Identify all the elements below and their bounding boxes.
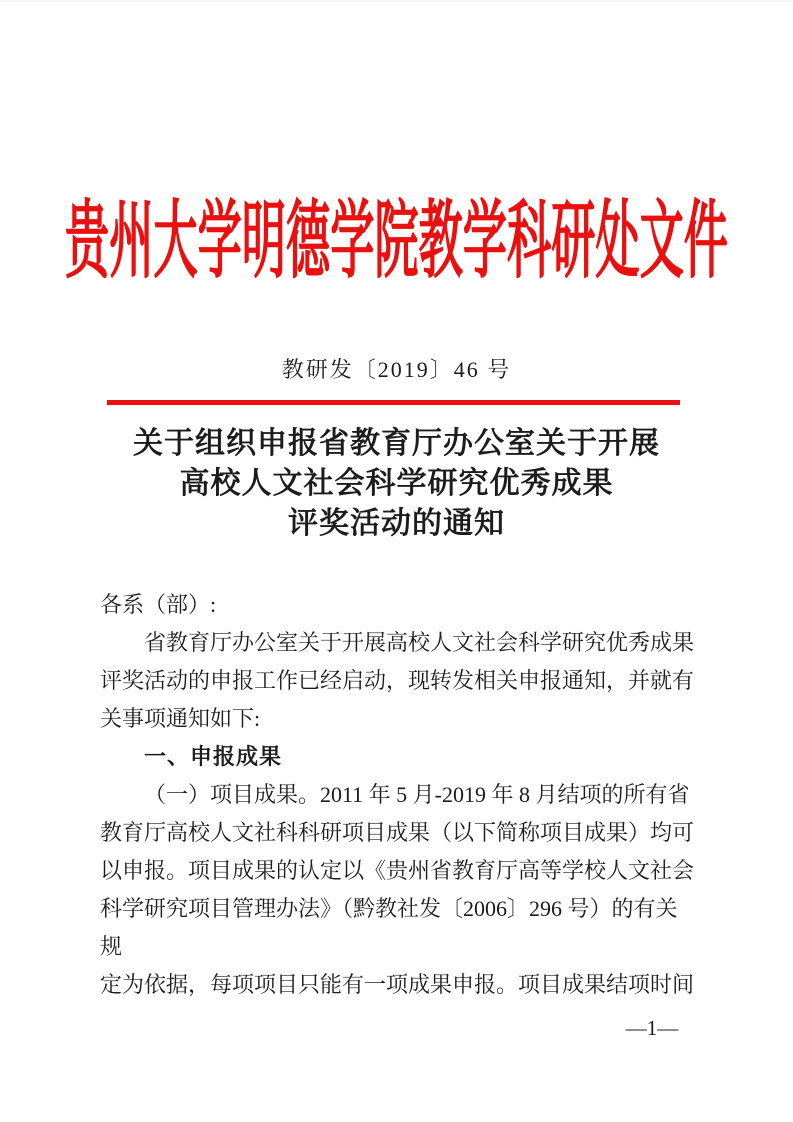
doc-reference-number: 教研发〔2019〕46 号	[0, 352, 793, 388]
document-body: 各系（部）: 省教育厅办公室关于开展高校人文社会科学研究优秀成果 评奖活动的申报…	[100, 586, 697, 1004]
notice-title: 关于组织申报省教育厅办公室关于开展 高校人文社会科学研究优秀成果 评奖活动的通知	[0, 424, 793, 544]
document-page: 贵州大学明德学院教学科研处文件 教研发〔2019〕46 号 关于组织申报省教育厅…	[0, 0, 793, 1122]
letterhead-org-title: 贵州大学明德学院教学科研处文件	[65, 192, 728, 292]
page-number: —1—	[597, 1014, 707, 1042]
letterhead: 贵州大学明德学院教学科研处文件	[0, 192, 793, 292]
salutation: 各系（部）:	[100, 586, 697, 624]
red-divider-line	[107, 400, 680, 405]
section-1-paragraph: （一）项目成果。2011 年 5 月-2019 年 8 月结项的所有省 教育厅高…	[100, 776, 697, 1004]
section-1-heading: 一、申报成果	[100, 738, 697, 776]
intro-paragraph: 省教育厅办公室关于开展高校人文社会科学研究优秀成果 评奖活动的申报工作已经启动，…	[100, 624, 697, 738]
